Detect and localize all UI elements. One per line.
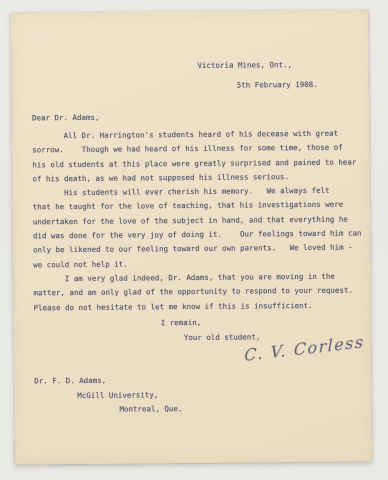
scan-background: Victoria Mines, Ont., 5th February 1908.… <box>0 0 388 480</box>
closing-line-i-remain: I remain, <box>161 318 202 328</box>
salutation-line: Dear Dr. Adams, <box>32 113 100 124</box>
recipient-institution-line: McGill University, <box>77 390 158 401</box>
letter-paper: Victoria Mines, Ont., 5th February 1908.… <box>11 9 372 464</box>
closing-line-your-old-student: Your old student, <box>184 332 261 343</box>
letter-body: All Dr. Harrington's students heard of h… <box>32 126 366 315</box>
date-line: 5th February 1908. <box>237 80 318 91</box>
recipient-city-line: Montreal, Que. <box>119 404 182 415</box>
place-line: Victoria Mines, Ont., <box>197 60 292 71</box>
handwritten-signature: C. V. Corless <box>244 330 384 365</box>
recipient-name-line: Dr. F. D. Adams, <box>34 376 106 387</box>
